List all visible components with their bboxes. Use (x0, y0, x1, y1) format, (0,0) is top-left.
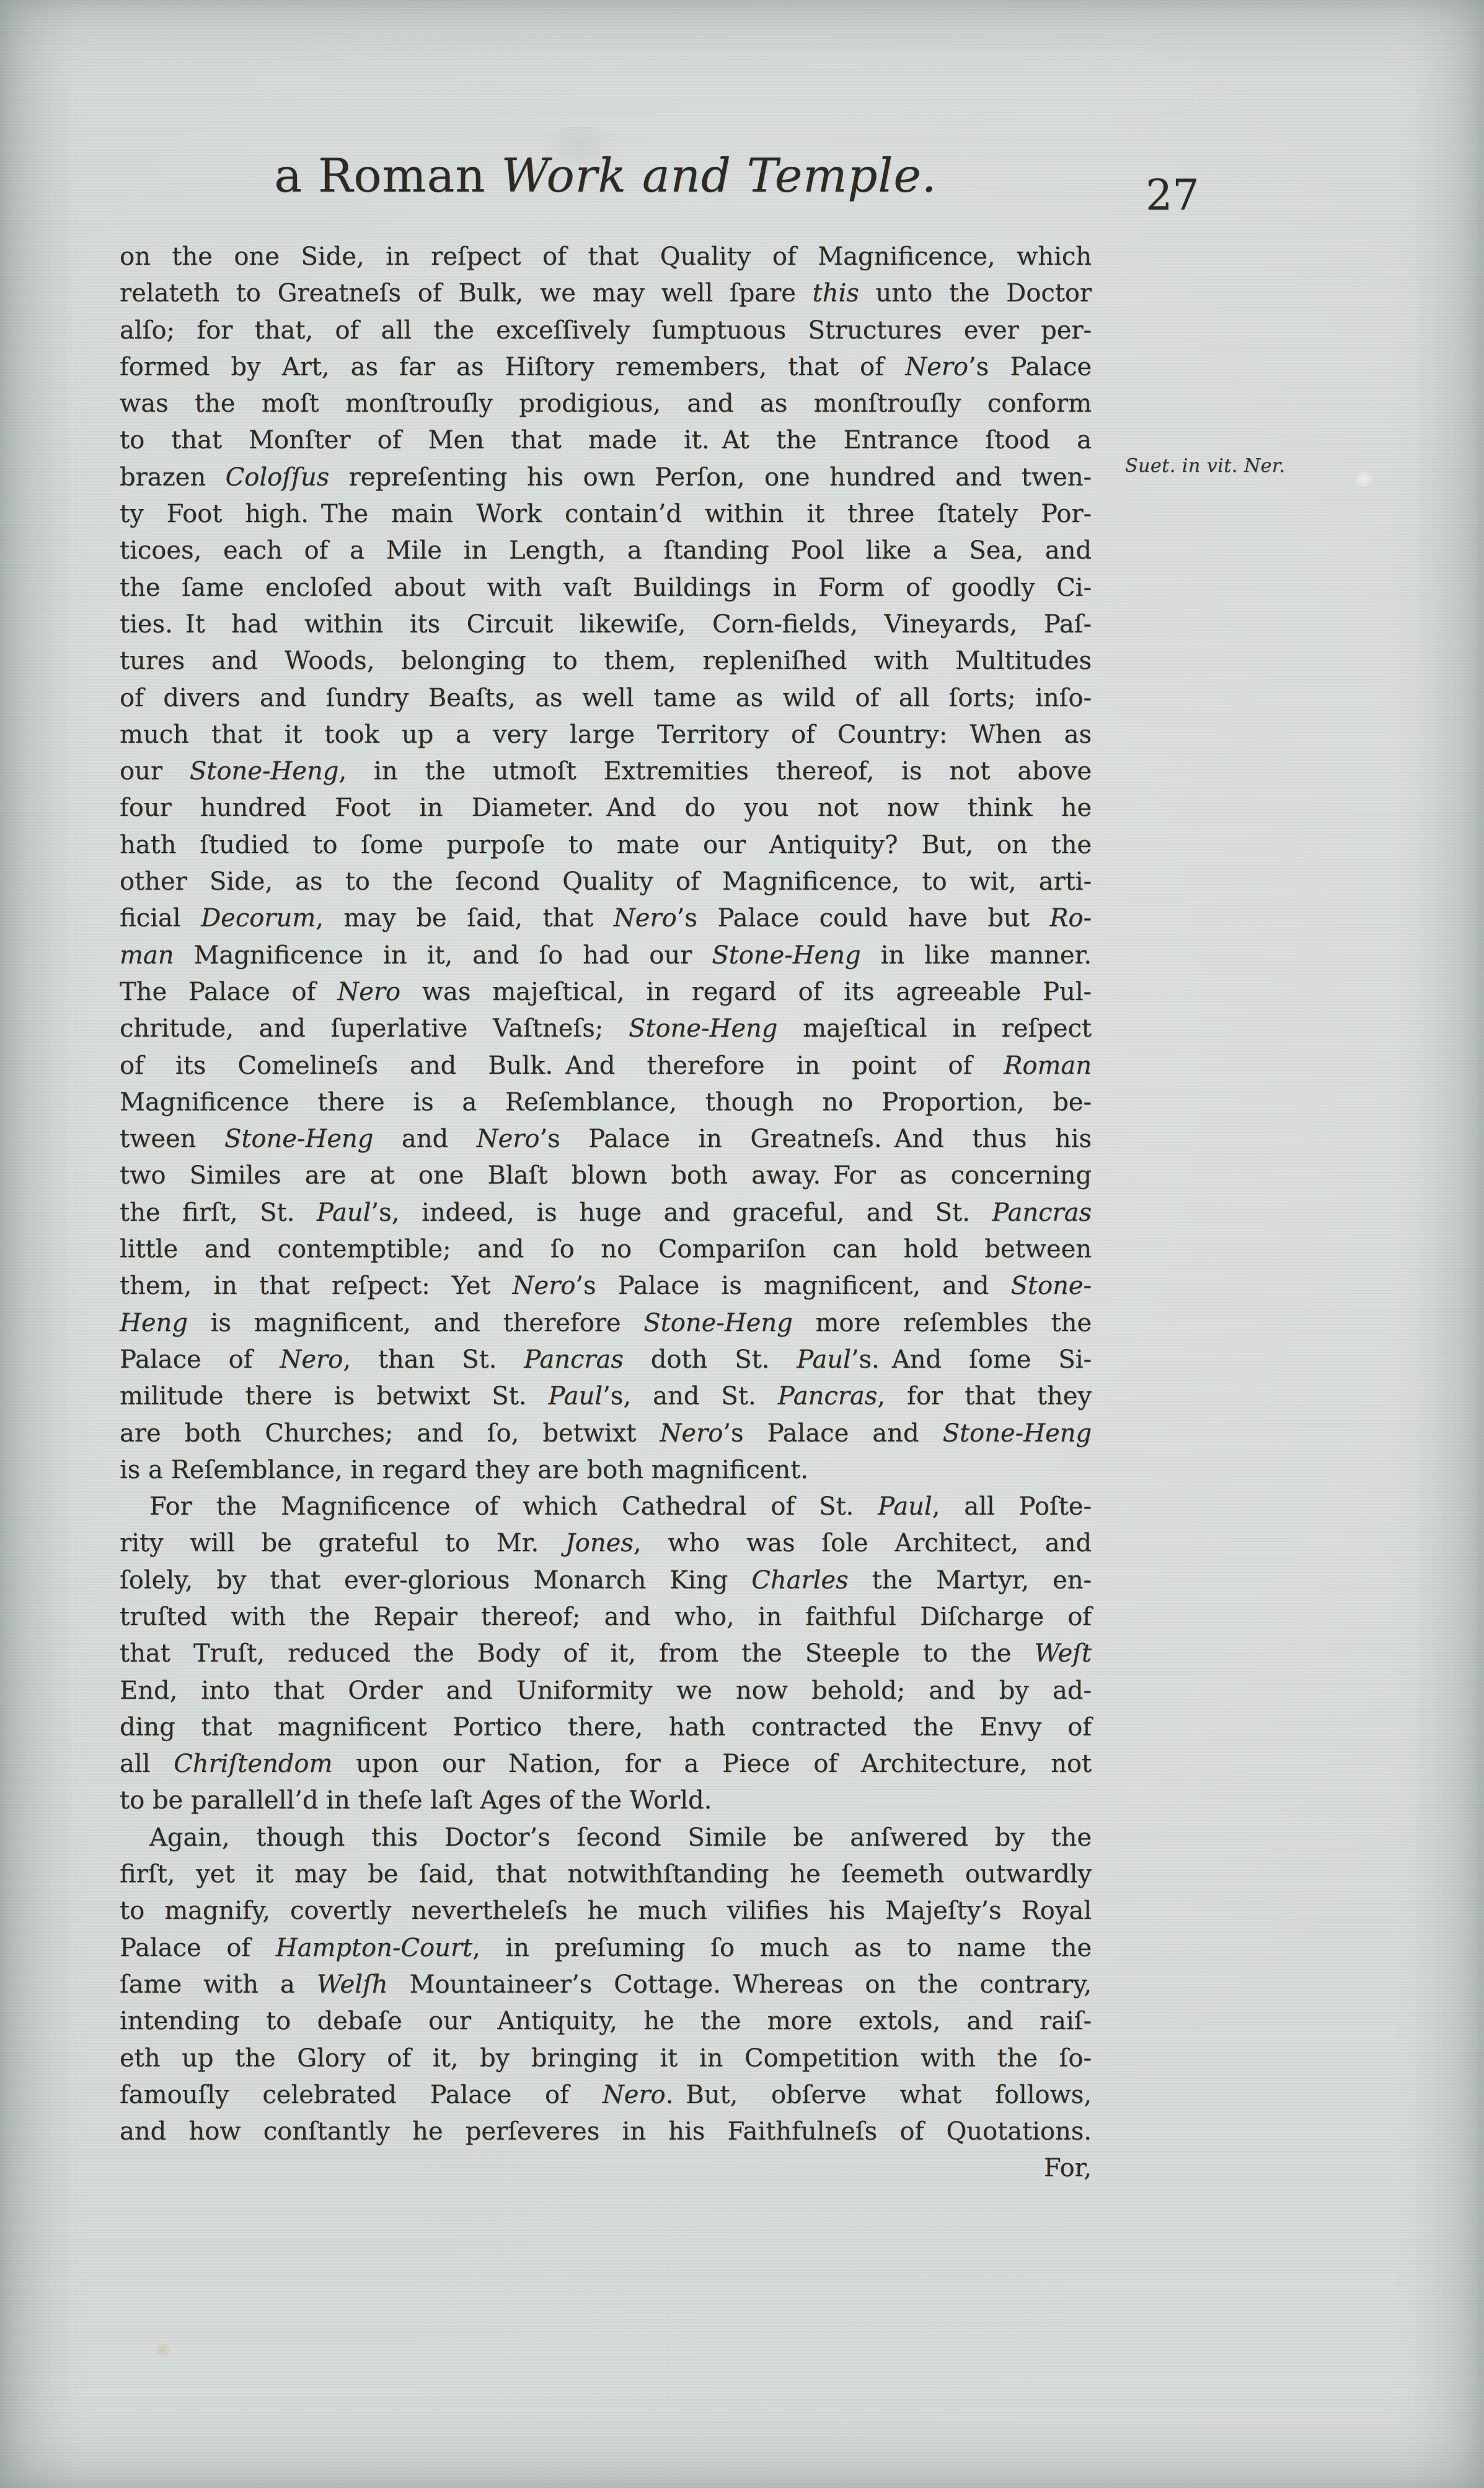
text-segment: , in preſuming ſo much as to name the (472, 1934, 1092, 1962)
italic-text-segment: Stone-Heng (943, 1419, 1092, 1448)
text-line: that Truſt, reduced the Body of it, from… (120, 1636, 1092, 1672)
text-line: intending to debaſe our Antiquity, he th… (120, 2003, 1092, 2040)
page-number: 27 (1146, 175, 1199, 217)
italic-text-segment: this (813, 279, 859, 308)
text-segment: Again, though this Doctor’s ſecond Simil… (149, 1823, 1092, 1852)
italic-text-segment: Nero (280, 1345, 343, 1374)
text-segment: was majeſtical, in regard of its agreeab… (400, 978, 1092, 1006)
text-segment: and how conſtantly he perſeveres in his … (120, 2117, 1092, 2146)
text-segment: rity will be grateful to Mr. (120, 1529, 565, 1557)
text-segment: of its Comelineſs and Bulk. And therefor… (120, 1051, 1004, 1080)
italic-text-segment: Nero (337, 978, 400, 1006)
text-segment: to that Monſter of Men that made it. At … (120, 426, 1092, 454)
italic-text-segment: Stone-Heng (712, 941, 860, 970)
text-segment: , all Poſte- (932, 1492, 1092, 1521)
text-line: much that it took up a very large Territ… (120, 717, 1092, 753)
text-line: ding that magnificent Portico there, hat… (120, 1709, 1092, 1746)
text-line: the ſame encloſed about with vaſt Buildi… (120, 570, 1092, 606)
text-line: Magnificence there is a Reſemblance, tho… (120, 1084, 1092, 1121)
text-segment: ties. It had within its Circuit likewiſe… (120, 610, 1092, 639)
text-line: The Palace of Nero was majeſtical, in re… (120, 974, 1092, 1011)
text-line: ties. It had within its Circuit likewiſe… (120, 606, 1092, 643)
italic-text-segment: Stone-Heng (643, 1309, 792, 1337)
text-line: our Stone-Heng, in the utmoſt Extremitie… (120, 753, 1092, 790)
text-segment: Palace of (120, 1934, 276, 1962)
text-segment: famouſly celebrated Palace of (120, 2081, 603, 2109)
text-segment: them, in that reſpect: Yet (120, 1272, 512, 1300)
italic-text-segment: Heng (120, 1309, 188, 1337)
text-segment: Magnificence there is a Reſemblance, tho… (120, 1088, 1092, 1117)
italic-text-segment: Coloſſus (226, 463, 329, 492)
text-line: and how conſtantly he perſeveres in his … (120, 2114, 1092, 2150)
italic-text-segment: Paul (549, 1382, 603, 1410)
italic-text-segment: Ro- (1049, 904, 1092, 932)
text-segment: and (373, 1125, 476, 1153)
text-line: alſo; for that, of all the exceſſively ſ… (120, 312, 1092, 349)
text-line: to be parallell’d in theſe laſt Ages of … (120, 1782, 1092, 1819)
running-header: a Roman Work and Temple. (120, 153, 1092, 199)
text-line: rity will be grateful to Mr. Jones, who … (120, 1525, 1092, 1562)
text-segment: ’s, indeed, is huge and graceful, and St… (371, 1198, 992, 1227)
text-segment: hath ſtudied to ſome purpoſe to mate our… (120, 831, 1092, 859)
text-line: other Side, as to the ſecond Quality of … (120, 864, 1092, 900)
text-segment: to be parallell’d in theſe laſt Ages of … (120, 1786, 712, 1815)
text-segment: Palace of (120, 1345, 280, 1374)
text-line: ſame with a Welſh Mountaineer’s Cottage.… (120, 1967, 1092, 2003)
paper-stain (154, 2342, 172, 2357)
italic-text-segment: Decorum (201, 904, 316, 932)
text-segment: relateth to Greatneſs of Bulk, we may we… (120, 279, 813, 308)
body-text: on the one Side, in reſpect of that Qual… (120, 239, 1092, 2187)
text-segment: ’s Palace in Greatneſs. And thus his (539, 1125, 1092, 1153)
text-segment: of divers and ſundry Beaſts, as well tam… (120, 684, 1092, 712)
text-segment: ’s. And ſome Si- (851, 1345, 1092, 1374)
text-segment: much that it took up a very large Territ… (120, 720, 1092, 749)
text-segment: intending to debaſe our Antiquity, he th… (120, 2007, 1092, 2035)
italic-text-segment: Nero (614, 904, 677, 932)
text-line: four hundred Foot in Diameter. And do yo… (120, 790, 1092, 826)
text-line: ficial Decorum, may be ſaid, that Nero’s… (120, 900, 1092, 937)
text-segment: was the moſt monſtrouſly prodigious, and… (120, 389, 1092, 418)
text-line: was the moſt monſtrouſly prodigious, and… (120, 386, 1092, 422)
text-segment: tures and Woods, belonging to them, repl… (120, 647, 1092, 675)
text-segment: ty Foot high. The main Work contain’d wi… (120, 500, 1092, 528)
text-line: brazen Coloſſus repreſenting his own Per… (120, 459, 1092, 496)
text-line: ty Foot high. The main Work contain’d wi… (120, 496, 1092, 533)
italic-text-segment: Pancras (992, 1198, 1092, 1227)
text-line: For the Magnificence of which Cathedral … (120, 1489, 1092, 1525)
paragraph: on the one Side, in reſpect of that Qual… (120, 239, 1092, 1489)
text-line: Palace of Nero, than St. Pancras doth St… (120, 1342, 1092, 1378)
running-header-roman: a Roman (274, 148, 501, 203)
text-segment: that Truſt, reduced the Body of it, from… (120, 1639, 1035, 1668)
paper-stain (1351, 471, 1376, 487)
text-segment: . But, obſerve what follows, (666, 2081, 1092, 2109)
text-segment: militude there is betwixt St. (120, 1382, 549, 1410)
text-line: formed by Art, as far as Hiſtory remembe… (120, 349, 1092, 386)
running-header-italic: Work and Temple. (501, 148, 937, 203)
text-segment: unto the Doctor (859, 279, 1092, 308)
text-segment: two Similes are at one Blaſt blown both … (120, 1161, 1092, 1190)
text-line: tures and Woods, belonging to them, repl… (120, 643, 1092, 680)
text-segment: The Palace of (120, 978, 337, 1006)
margin-note-citation: Suet. in vit. Ner. (1125, 456, 1311, 477)
text-segment: alſo; for that, of all the exceſſively ſ… (120, 316, 1092, 345)
text-segment: ſolely, by that ever-glorious Monarch Ki… (120, 1566, 751, 1595)
text-line: Heng is magnificent, and therefore Stone… (120, 1305, 1092, 1342)
text-segment: in like manner. (861, 941, 1092, 970)
italic-text-segment: Paul (317, 1198, 371, 1227)
italic-text-segment: Nero (477, 1125, 540, 1153)
text-segment: eth up the Glory of it, by bringing it i… (120, 2044, 1092, 2073)
text-segment: is magnificent, and therefore (188, 1309, 643, 1337)
text-line: ticoes, each of a Mile in Length, a ſtan… (120, 533, 1092, 569)
text-line: man Magnificence in it, and ſo had our S… (120, 937, 1092, 974)
text-segment: , in the utmoſt Extremities thereof, is … (338, 757, 1092, 786)
text-line: hath ſtudied to ſome purpoſe to mate our… (120, 827, 1092, 864)
text-line: of its Comelineſs and Bulk. And therefor… (120, 1048, 1092, 1084)
text-line: famouſly celebrated Palace of Nero. But,… (120, 2077, 1092, 2114)
text-segment: upon our Nation, for a Piece of Architec… (332, 1750, 1092, 1778)
italic-text-segment: Roman (1004, 1051, 1092, 1080)
text-segment: ticoes, each of a Mile in Length, a ſtan… (120, 536, 1092, 565)
text-segment: , for that they (877, 1382, 1092, 1410)
italic-text-segment: Nero (660, 1419, 723, 1448)
text-segment: chritude, and ſuperlative Vaſtneſs; (120, 1014, 629, 1043)
text-segment: formed by Art, as far as Hiſtory remembe… (120, 353, 905, 381)
text-segment: brazen (120, 463, 226, 492)
text-segment: majeſtical in reſpect (777, 1014, 1092, 1043)
text-line: ſolely, by that ever-glorious Monarch Ki… (120, 1562, 1092, 1599)
text-segment: ficial (120, 904, 201, 932)
text-segment: the firſt, St. (120, 1198, 317, 1227)
text-segment: more reſembles the (793, 1309, 1092, 1337)
italic-text-segment: Stone-Heng (190, 757, 338, 786)
paragraph: For the Magnificence of which Cathedral … (120, 1489, 1092, 1820)
text-segment: Mountaineer’s Cottage. Whereas on the co… (388, 1970, 1092, 1999)
text-line: on the one Side, in reſpect of that Qual… (120, 239, 1092, 275)
italic-text-segment: Welſh (317, 1970, 388, 1999)
italic-text-segment: Pancras (778, 1382, 878, 1410)
text-line: truſted with the Repair thereof; and who… (120, 1599, 1092, 1636)
text-line: militude there is betwixt St. Paul’s, an… (120, 1378, 1092, 1415)
paragraph: Again, though this Doctor’s ſecond Simil… (120, 1820, 1092, 2151)
text-segment: tween (120, 1125, 224, 1153)
text-segment: ding that magnificent Portico there, hat… (120, 1713, 1092, 1742)
italic-text-segment: Paul (878, 1492, 932, 1521)
text-segment: our (120, 757, 190, 786)
italic-text-segment: Jones (565, 1529, 634, 1557)
text-segment: ’s Palace is magnificent, and (575, 1272, 1010, 1300)
text-line: firſt, yet it may be ſaid, that notwithſ… (120, 1856, 1092, 1893)
text-segment: , than St. (343, 1345, 524, 1374)
text-line: them, in that reſpect: Yet Nero’s Palace… (120, 1268, 1092, 1304)
text-segment: all (120, 1750, 174, 1778)
text-line: all Chriſtendom upon our Nation, for a P… (120, 1746, 1092, 1782)
text-segment: little and contemptible; and ſo no Compa… (120, 1235, 1092, 1264)
text-segment: For the Magnificence of which Cathedral … (149, 1492, 878, 1521)
italic-text-segment: Paul (797, 1345, 851, 1374)
italic-text-segment: Charles (751, 1566, 848, 1595)
italic-text-segment: Stone-Heng (629, 1014, 777, 1043)
text-segment: , may be ſaid, that (316, 904, 614, 932)
text-line: little and contemptible; and ſo no Compa… (120, 1231, 1092, 1268)
italic-text-segment: Stone- (1010, 1272, 1092, 1300)
text-line: are both Churches; and ſo, betwixt Nero’… (120, 1415, 1092, 1452)
italic-text-segment: Nero (512, 1272, 575, 1300)
italic-text-segment: Nero (905, 353, 968, 381)
text-segment: is a Reſemblance, in regard they are bot… (120, 1456, 808, 1484)
text-segment: truſted with the Repair thereof; and who… (120, 1603, 1092, 1631)
italic-text-segment: Weſt (1035, 1639, 1092, 1668)
text-segment: repreſenting his own Perſon, one hundred… (329, 463, 1092, 492)
text-line: eth up the Glory of it, by bringing it i… (120, 2040, 1092, 2077)
text-segment: End, into that Order and Uniformity we n… (120, 1676, 1092, 1705)
text-line: tween Stone-Heng and Nero’s Palace in Gr… (120, 1121, 1092, 1158)
text-segment: four hundred Foot in Diameter. And do yo… (120, 794, 1092, 822)
italic-text-segment: Chriſtendom (174, 1750, 332, 1778)
italic-text-segment: Stone-Heng (224, 1125, 373, 1153)
text-segment: , who was ſole Architect, and (634, 1529, 1092, 1557)
italic-text-segment: Hampton-Court (276, 1934, 472, 1962)
book-page-scan: a Roman Work and Temple. 27 Suet. in vit… (0, 0, 1484, 2488)
text-segment: to magnify, covertly nevertheleſs he muc… (120, 1897, 1092, 1925)
text-line: Again, though this Doctor’s ſecond Simil… (120, 1820, 1092, 1856)
text-segment: ’s Palace could have but (677, 904, 1050, 932)
text-segment: doth St. (624, 1345, 797, 1374)
text-segment: firſt, yet it may be ſaid, that notwithſ… (120, 1860, 1092, 1888)
text-segment: other Side, as to the ſecond Quality of … (120, 867, 1092, 896)
text-line: two Similes are at one Blaſt blown both … (120, 1158, 1092, 1194)
text-segment: Magnificence in it, and ſo had our (174, 941, 712, 970)
text-segment: are both Churches; and ſo, betwixt (120, 1419, 660, 1448)
text-segment: the Martyr, en- (849, 1566, 1092, 1595)
text-segment: ’s, and St. (603, 1382, 778, 1410)
catchword: For, (120, 2150, 1092, 2187)
text-line: End, into that Order and Uniformity we n… (120, 1673, 1092, 1709)
italic-text-segment: man (120, 941, 174, 970)
text-segment: ’s Palace (968, 353, 1092, 381)
text-line: of divers and ſundry Beaſts, as well tam… (120, 680, 1092, 717)
text-line: chritude, and ſuperlative Vaſtneſs; Ston… (120, 1011, 1092, 1047)
text-segment: the ſame encloſed about with vaſt Buildi… (120, 573, 1092, 602)
italic-text-segment: Nero (603, 2081, 666, 2109)
text-line: to that Monſter of Men that made it. At … (120, 422, 1092, 459)
text-segment: on the one Side, in reſpect of that Qual… (120, 242, 1092, 271)
text-line: the firſt, St. Paul’s, indeed, is huge a… (120, 1195, 1092, 1231)
italic-text-segment: Pancras (524, 1345, 624, 1374)
text-line: is a Reſemblance, in regard they are bot… (120, 1452, 1092, 1489)
text-line: Palace of Hampton-Court, in preſuming ſo… (120, 1930, 1092, 1967)
text-segment: ’s Palace and (723, 1419, 942, 1448)
text-line: relateth to Greatneſs of Bulk, we may we… (120, 275, 1092, 312)
text-segment: ſame with a (120, 1970, 317, 1999)
text-line: to magnify, covertly nevertheleſs he muc… (120, 1893, 1092, 1929)
